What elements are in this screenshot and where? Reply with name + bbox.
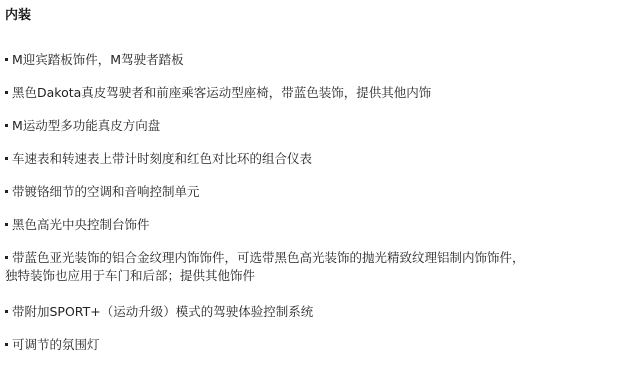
bullet-icon	[5, 124, 8, 127]
list-item-text: 带蓝色亚光装饰的铝合金纹理内饰饰件，可选带黑色高光装饰的抛光精致纹理铝制内饰饰件…	[5, 250, 525, 283]
bullet-icon	[5, 58, 8, 61]
bullet-icon	[5, 157, 8, 160]
list-item-text: M迎宾踏板饰件，M驾驶者踏板	[12, 52, 184, 67]
list-item-text: 黑色高光中央控制台饰件	[12, 217, 150, 232]
list-item-text: 带镀铬细节的空调和音响控制单元	[12, 184, 200, 199]
list-item: 车速表和转速表上带计时刻度和红色对比环的组合仪表	[5, 150, 312, 168]
bullet-icon	[5, 256, 8, 259]
bullet-icon	[5, 310, 8, 313]
list-item: 带镀铬细节的空调和音响控制单元	[5, 183, 200, 201]
list-item-text: M运动型多功能真皮方向盘	[12, 118, 160, 133]
list-item-text: 黑色Dakota真皮驾驶者和前座乘客运动型座椅，带蓝色装饰，提供其他内饰	[12, 85, 431, 100]
list-item: 可调节的氛围灯	[5, 336, 100, 354]
list-item-text: 带附加SPORT+（运动升级）模式的驾驶体验控制系统	[12, 304, 313, 319]
list-item: 黑色Dakota真皮驾驶者和前座乘客运动型座椅，带蓝色装饰，提供其他内饰	[5, 84, 431, 102]
list-item: 带蓝色亚光装饰的铝合金纹理内饰饰件，可选带黑色高光装饰的抛光精致纹理铝制内饰饰件…	[5, 249, 530, 285]
list-item-text: 可调节的氛围灯	[12, 337, 100, 352]
list-item: 黑色高光中央控制台饰件	[5, 216, 150, 234]
bullet-icon	[5, 343, 8, 346]
section-title: 内装	[5, 8, 31, 24]
list-item-text: 车速表和转速表上带计时刻度和红色对比环的组合仪表	[12, 151, 312, 166]
bullet-icon	[5, 223, 8, 226]
list-item: M运动型多功能真皮方向盘	[5, 117, 160, 135]
list-item: M迎宾踏板饰件，M驾驶者踏板	[5, 51, 184, 69]
bullet-icon	[5, 91, 8, 94]
bullet-icon	[5, 190, 8, 193]
list-item: 带附加SPORT+（运动升级）模式的驾驶体验控制系统	[5, 303, 313, 321]
